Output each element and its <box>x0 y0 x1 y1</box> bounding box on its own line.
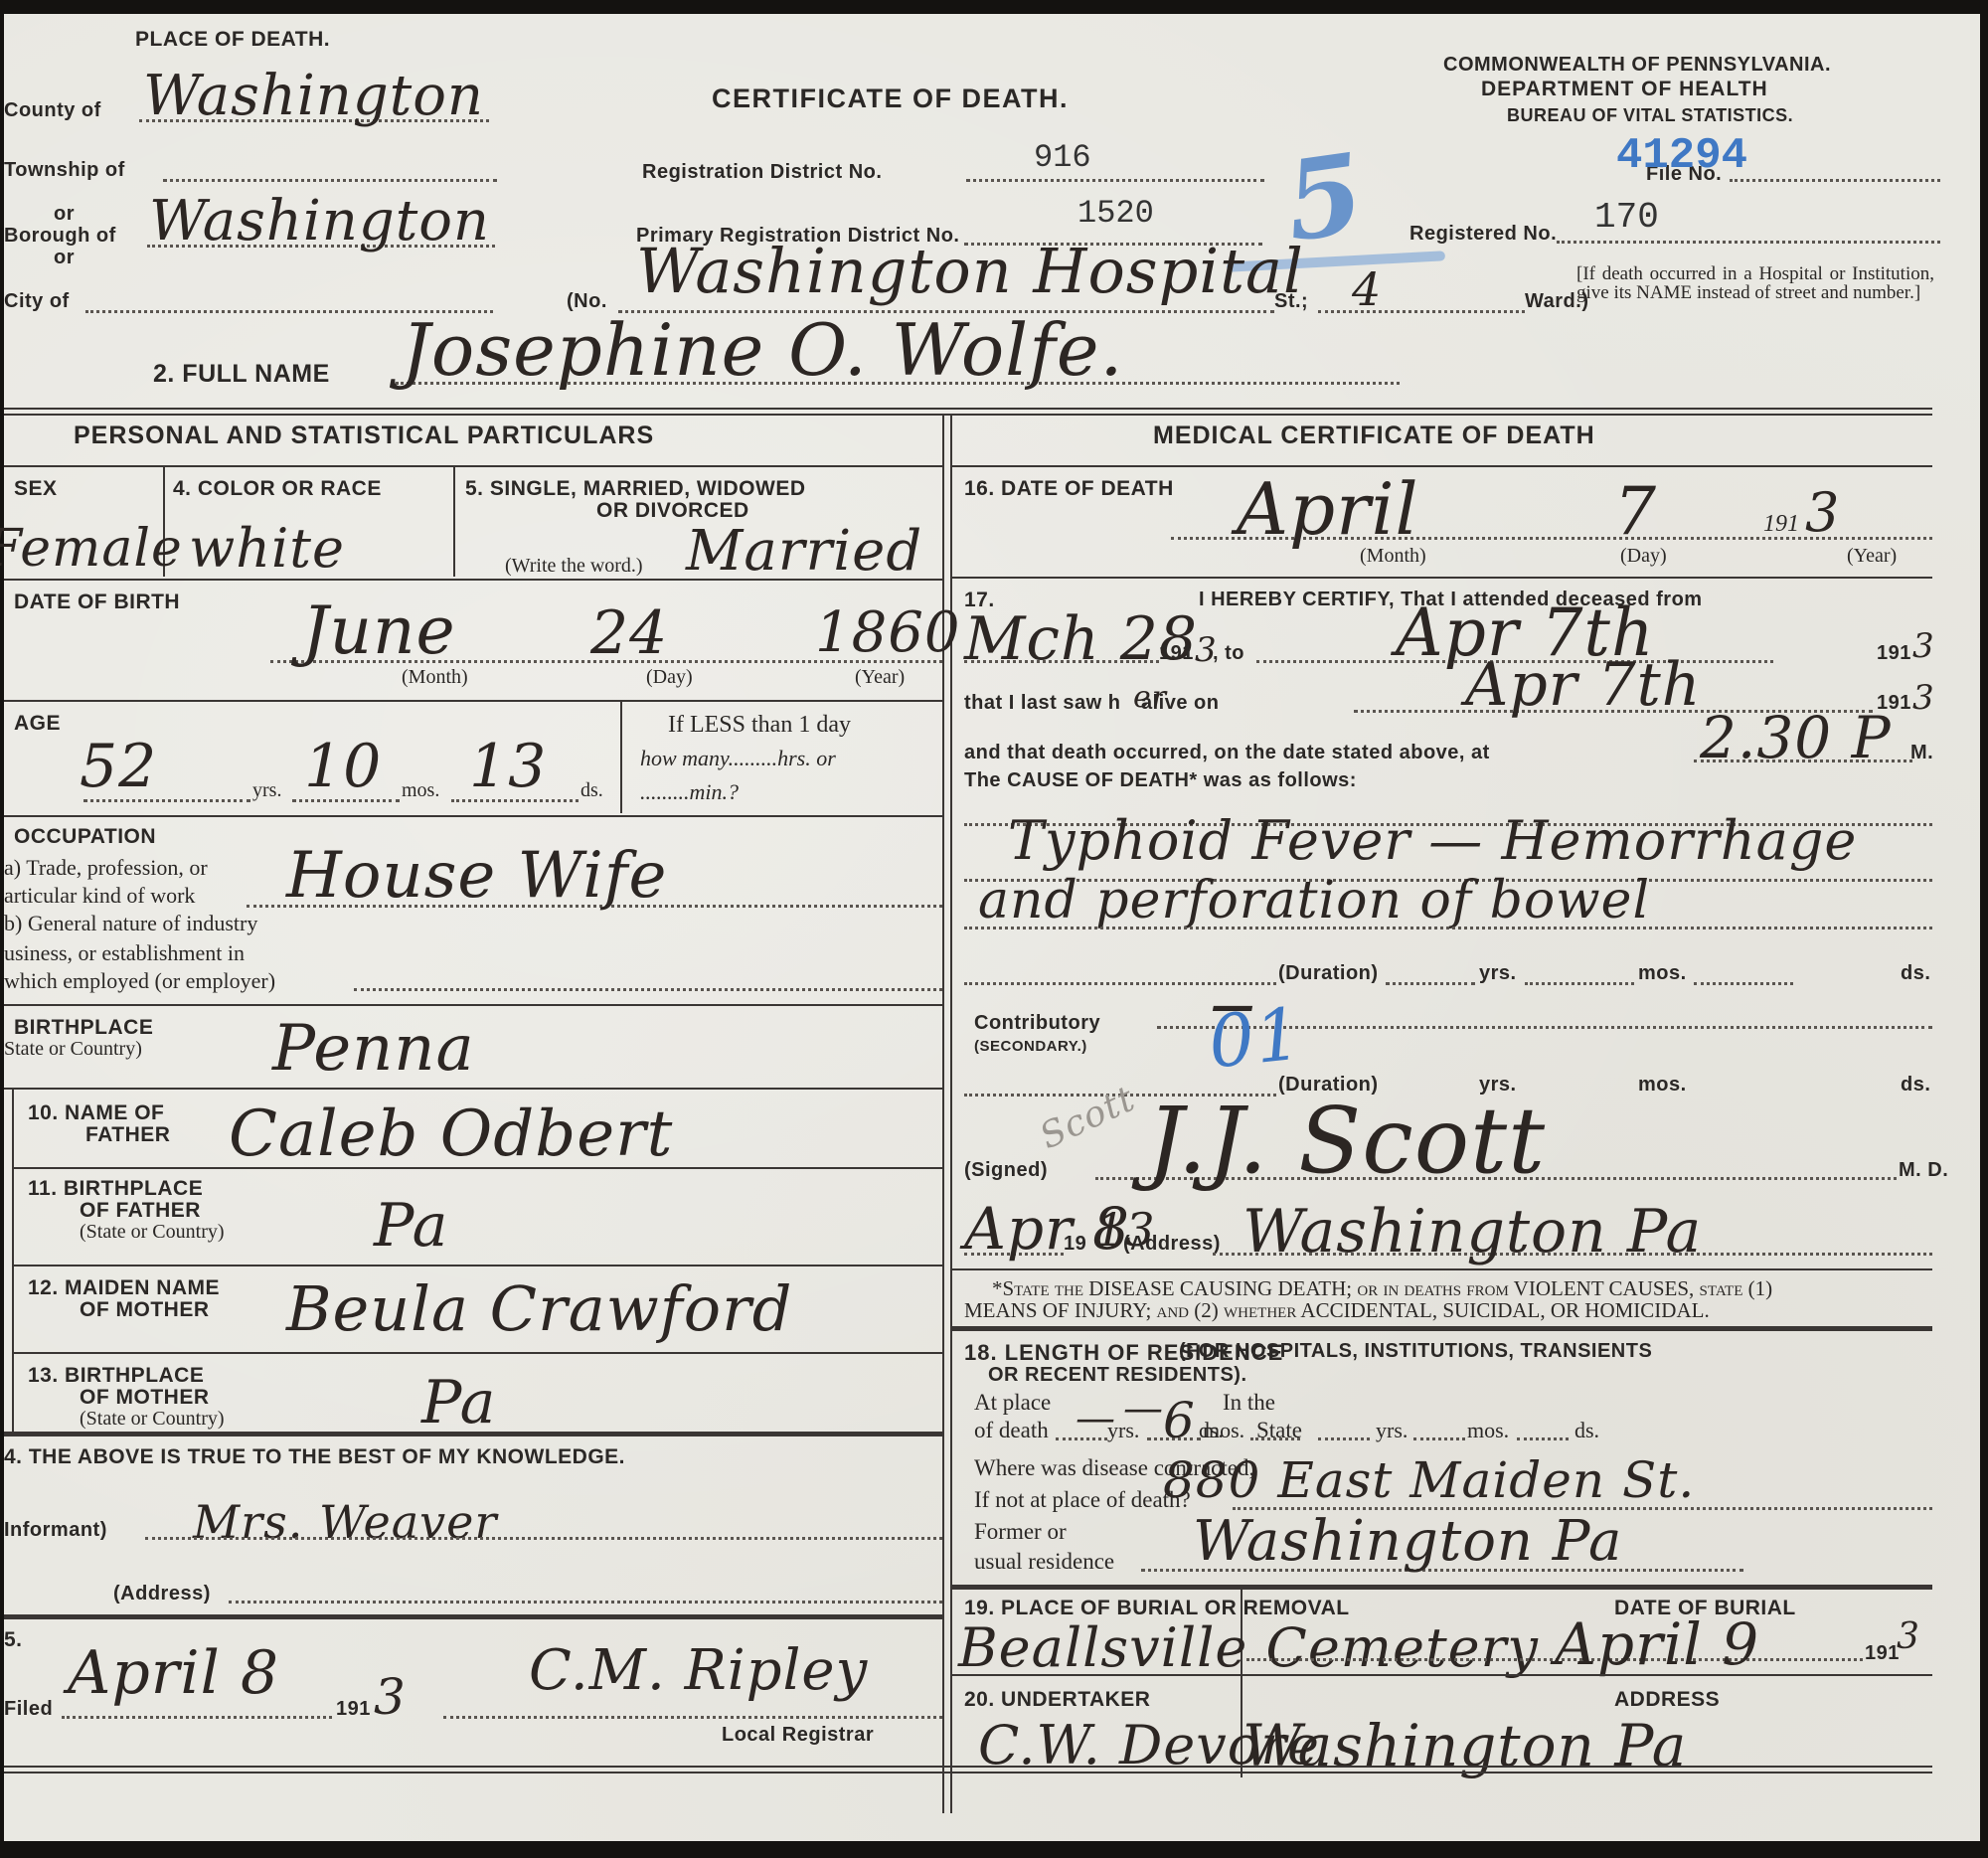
attended-to-year-prefix: 191 <box>1877 642 1911 665</box>
dod-day-caption: (Day) <box>1620 545 1667 568</box>
divider <box>4 465 942 467</box>
divider <box>952 577 1932 579</box>
registered-no-value: 170 <box>1594 197 1659 238</box>
place-of-death-title: PLACE OF DEATH. <box>135 28 330 52</box>
dob-month: June <box>302 592 456 669</box>
divider <box>952 1674 1932 1676</box>
at-place-ds-label: ds. <box>1199 1418 1224 1443</box>
ward-value: 4 <box>1352 262 1382 316</box>
divider <box>4 1766 1932 1768</box>
last-saw-year: 3 <box>1912 678 1935 718</box>
primary-reg-value: 1520 <box>1077 195 1154 232</box>
or-label-1: or <box>54 203 75 226</box>
less-than-day-line-3: .........min.? <box>640 779 739 805</box>
or-label-2: or <box>54 247 75 269</box>
father-name-label-2: FATHER <box>85 1123 170 1147</box>
commonwealth-heading: COMMONWEALTH OF PENNSYLVANIA. <box>1443 54 1831 77</box>
sex-label: SEX <box>14 477 58 501</box>
at-place-label-2: of death <box>974 1418 1049 1443</box>
divider <box>4 1088 942 1090</box>
dod-month-caption: (Month) <box>1360 545 1426 568</box>
borough-value: Washington <box>149 189 490 253</box>
occupation-value: House Wife <box>286 839 667 913</box>
yrs-label: yrs. <box>252 779 281 802</box>
father-name-label-1: 10. NAME OF <box>28 1101 164 1125</box>
marital-hint: (Write the word.) <box>505 555 643 578</box>
informant-address-label: (Address) <box>113 1583 211 1605</box>
signed-label: (Signed) <box>964 1159 1048 1182</box>
occupation-b-line-1: b) General nature of industry <box>4 911 257 936</box>
physician-signature: J.J. Scott <box>1147 1088 1546 1194</box>
father-birthplace-value: Pa <box>374 1191 448 1261</box>
burial-year-prefix: 191 <box>1865 1642 1900 1665</box>
undertaker-label: 20. UNDERTAKER <box>964 1688 1150 1712</box>
color-race-label: 4. COLOR OR RACE <box>173 477 382 501</box>
full-name-value: Josephine O. Wolfe. <box>402 308 1123 392</box>
to-label: , to <box>1213 642 1244 665</box>
dob-day-caption: (Day) <box>646 666 693 689</box>
last-saw-label: that I last saw h <box>964 692 1120 715</box>
father-birthplace-label-1: 11. BIRTHPLACE <box>28 1177 203 1201</box>
former-residence-label-1: Former or <box>974 1519 1067 1545</box>
age-days: 13 <box>469 732 547 801</box>
cause-line <box>964 927 1932 929</box>
marital-value: Married <box>686 519 922 584</box>
former-residence-value: Washington Pa <box>1193 1509 1622 1574</box>
informant-address-line <box>229 1601 942 1604</box>
informant-value: Mrs. Weaver <box>193 1495 497 1549</box>
mother-birthplace-label-1: 13. BIRTHPLACE <box>28 1364 204 1388</box>
dob-day: 24 <box>590 598 668 668</box>
full-name-label: 2. FULL NAME <box>153 360 330 389</box>
birthplace-label: BIRTHPLACE <box>14 1016 153 1040</box>
occupation-b-line-2: usiness, or establishment in <box>4 940 245 966</box>
at-place-ds: 6 <box>1163 1392 1196 1449</box>
duration-line <box>1386 982 1475 985</box>
true-statement: 4. THE ABOVE IS TRUE TO THE BEST OF MY K… <box>4 1445 625 1469</box>
divider <box>12 1090 14 1432</box>
filed-date-value: April 8 <box>68 1638 279 1708</box>
footnote-line-2: MEANS OF INJURY; and (2) whether ACCIDEN… <box>964 1298 1710 1323</box>
physician-address-label: (Address) <box>1123 1233 1221 1256</box>
dod-label: 16. DATE OF DEATH <box>964 477 1174 501</box>
divider <box>4 1614 942 1619</box>
in-state-label-2: State <box>1256 1418 1302 1443</box>
medical-section-title: MEDICAL CERTIFICATE OF DEATH <box>1153 422 1595 450</box>
alive-on-label: alive on <box>1141 692 1219 715</box>
md-label: M. D. <box>1899 1159 1948 1182</box>
registrar-line <box>443 1716 942 1719</box>
file-no-line <box>1730 179 1940 182</box>
burial-place-value: Beallsville Cemetery <box>958 1616 1539 1679</box>
in-state-label-1: In the <box>1223 1390 1275 1416</box>
file-no-value: 41294 <box>1616 131 1747 181</box>
street-label: St.; <box>1274 290 1308 313</box>
dob-label: DATE OF BIRTH <box>14 591 180 614</box>
in-state-yrs-label: yrs. <box>1376 1418 1408 1443</box>
in-state-ds-label: ds. <box>1574 1418 1599 1443</box>
hospital-name-value: Washington Hospital <box>636 235 1304 307</box>
divider <box>4 579 942 581</box>
contributory-sub: (SECONDARY.) <box>974 1038 1087 1055</box>
divider <box>952 465 1932 467</box>
contracted-label-2: If not at place of death? <box>974 1487 1191 1513</box>
attended-from-year-prefix: 191 <box>1159 642 1194 665</box>
cause-line-1: Typhoid Fever — Hemorrhage <box>1008 809 1857 872</box>
duration-label: (Duration) <box>1278 962 1379 985</box>
duration-mos: mos. <box>1638 962 1687 985</box>
reg-district-value: 916 <box>1034 139 1091 176</box>
ward-line <box>1318 310 1525 313</box>
divider <box>952 1326 1932 1331</box>
residence-line <box>1413 1437 1465 1440</box>
divider <box>4 408 1932 410</box>
mother-maiden-label-1: 12. MAIDEN NAME <box>28 1276 220 1300</box>
at-place-label-1: At place <box>974 1390 1051 1416</box>
personal-section-title: PERSONAL AND STATISTICAL PARTICULARS <box>74 422 654 450</box>
duration-mos-2: mos. <box>1638 1074 1687 1097</box>
divider <box>952 1268 1932 1270</box>
undertaker-address-label: ADDRESS <box>1614 1688 1720 1712</box>
birthplace-sub: State or Country) <box>4 1038 142 1061</box>
former-residence-label-2: usual residence <box>974 1549 1114 1575</box>
divider <box>12 1167 942 1169</box>
residence-line <box>1318 1437 1370 1440</box>
age-line <box>83 799 250 802</box>
at-place-mos: — <box>1123 1386 1164 1432</box>
divider <box>12 1265 942 1267</box>
registered-no-line <box>1557 241 1940 244</box>
employer-line <box>354 988 942 991</box>
dod-day: 7 <box>1614 473 1657 550</box>
duration-line <box>1525 982 1634 985</box>
residence-note-1: (FOR HOSPITALS, INSTITUTIONS, TRANSIENTS <box>1179 1340 1652 1363</box>
burial-date-value: April 9 <box>1555 1610 1759 1678</box>
age-years: 52 <box>80 732 157 801</box>
cause-of-death-label: The CAUSE OF DEATH* was as follows: <box>964 769 1357 792</box>
registrar-signature: C.M. Ripley <box>529 1638 868 1703</box>
ds-label: ds. <box>580 779 603 802</box>
filed-line <box>62 1716 332 1719</box>
signed-year-prefix: 19 <box>1064 1233 1086 1256</box>
death-time-value: 2.30 P <box>1700 704 1892 771</box>
city-label: City of <box>4 290 70 313</box>
mos-label: mos. <box>402 779 439 802</box>
duration-yrs: yrs. <box>1479 962 1517 985</box>
father-birthplace-sub: (State or Country) <box>80 1221 225 1244</box>
sex-value: Female <box>0 519 183 579</box>
mother-birthplace-label-2: OF MOTHER <box>80 1386 210 1410</box>
filed-year-suffix: 3 <box>374 1668 407 1726</box>
birthplace-value: Penna <box>272 1012 475 1086</box>
informant-label: Informant) <box>4 1519 107 1542</box>
divider <box>952 1585 1932 1590</box>
dob-month-caption: (Month) <box>402 666 468 689</box>
blue-code-mark: 01 <box>1205 991 1306 1084</box>
dod-year-caption: (Year) <box>1847 545 1897 568</box>
mother-maiden-value: Beula Crawford <box>286 1272 792 1345</box>
divider <box>4 815 942 817</box>
age-label: AGE <box>14 712 61 736</box>
hospital-note: [If death occurred in a Hospital or Inst… <box>1576 264 1934 302</box>
county-label: County of <box>4 99 101 122</box>
marital-label-1: 5. SINGLE, MARRIED, WIDOWED <box>465 477 806 501</box>
dob-year: 1860 <box>815 600 961 665</box>
filed-year-prefix: 191 <box>336 1698 371 1721</box>
in-state-mos-label: mos. <box>1467 1418 1509 1443</box>
occupation-b-line-3: which employed (or employer) <box>4 968 275 994</box>
dod-year-suffix: 3 <box>1805 481 1840 544</box>
age-line <box>451 799 579 802</box>
certificate-title: CERTIFICATE OF DEATH. <box>712 84 1069 114</box>
undertaker-address-value: Washington Pa <box>1242 1712 1687 1779</box>
reg-district-line <box>966 179 1264 182</box>
dod-month: April <box>1237 467 1419 551</box>
last-saw-date: Apr 7th <box>1465 650 1701 720</box>
township-line <box>163 179 497 182</box>
divider <box>4 1772 1932 1774</box>
residence-note-2: OR RECENT RESIDENTS). <box>988 1364 1247 1387</box>
borough-label: Borough of <box>4 225 116 248</box>
contributory-label: Contributory <box>974 1012 1100 1035</box>
divider <box>4 1004 942 1006</box>
department-heading: DEPARTMENT OF HEALTH <box>1481 78 1768 101</box>
age-months: 10 <box>304 732 382 801</box>
burial-year-suffix: 3 <box>1897 1616 1920 1657</box>
mother-birthplace-value: Pa <box>421 1368 496 1437</box>
mother-birthplace-sub: (State or Country) <box>80 1408 225 1431</box>
divider <box>4 1432 942 1436</box>
occupation-label: OCCUPATION <box>14 825 156 849</box>
county-value: Washington <box>143 64 484 128</box>
father-birthplace-label-2: OF FATHER <box>80 1199 201 1223</box>
filed-label: Filed <box>4 1698 53 1721</box>
less-than-day-line-1: If LESS than 1 day <box>668 712 851 739</box>
informant-line <box>145 1537 942 1540</box>
dob-year-caption: (Year) <box>855 666 905 689</box>
registered-no-label: Registered No. <box>1409 223 1557 246</box>
father-name-value: Caleb Odbert <box>229 1098 673 1171</box>
cause-line-2: and perforation of bowel <box>978 871 1650 930</box>
occupation-a-line-1: a) Trade, profession, or <box>4 855 208 881</box>
duration-ds: ds. <box>1901 962 1930 985</box>
age-line <box>292 799 400 802</box>
occupation-a-line-2: articular kind of work <box>4 883 195 909</box>
color-value: white <box>189 517 345 580</box>
death-time-suffix: M. <box>1910 742 1933 764</box>
pencil-note: Scott <box>1034 1079 1141 1158</box>
death-certificate: PLACE OF DEATH. County of Washington Tow… <box>4 14 1980 1841</box>
divider <box>453 467 455 577</box>
registrar-label: Local Registrar <box>722 1724 874 1747</box>
attended-to-year: 3 <box>1912 626 1935 666</box>
death-time-label: and that death occurred, on the date sta… <box>964 742 1490 764</box>
township-label: Township of <box>4 159 125 182</box>
reg-district-label: Registration District No. <box>642 161 882 184</box>
divider <box>4 414 1932 416</box>
physician-address-value: Washington Pa <box>1242 1197 1702 1267</box>
duration-line <box>1694 982 1793 985</box>
filed-number: 5. <box>4 1628 23 1652</box>
bureau-heading: BUREAU OF VITAL STATISTICS. <box>1507 105 1793 126</box>
divider <box>12 1352 942 1354</box>
divider <box>620 702 622 813</box>
less-than-day-line-2: how many.........hrs. or <box>640 746 836 771</box>
contracted-value: 880 East Maiden St. <box>1163 1451 1695 1509</box>
divider <box>4 700 942 702</box>
mother-maiden-label-2: OF MOTHER <box>80 1298 210 1322</box>
duration-ds-2: ds. <box>1901 1074 1930 1097</box>
dod-year-prefix: 191 <box>1763 511 1799 538</box>
residence-line <box>1517 1437 1569 1440</box>
